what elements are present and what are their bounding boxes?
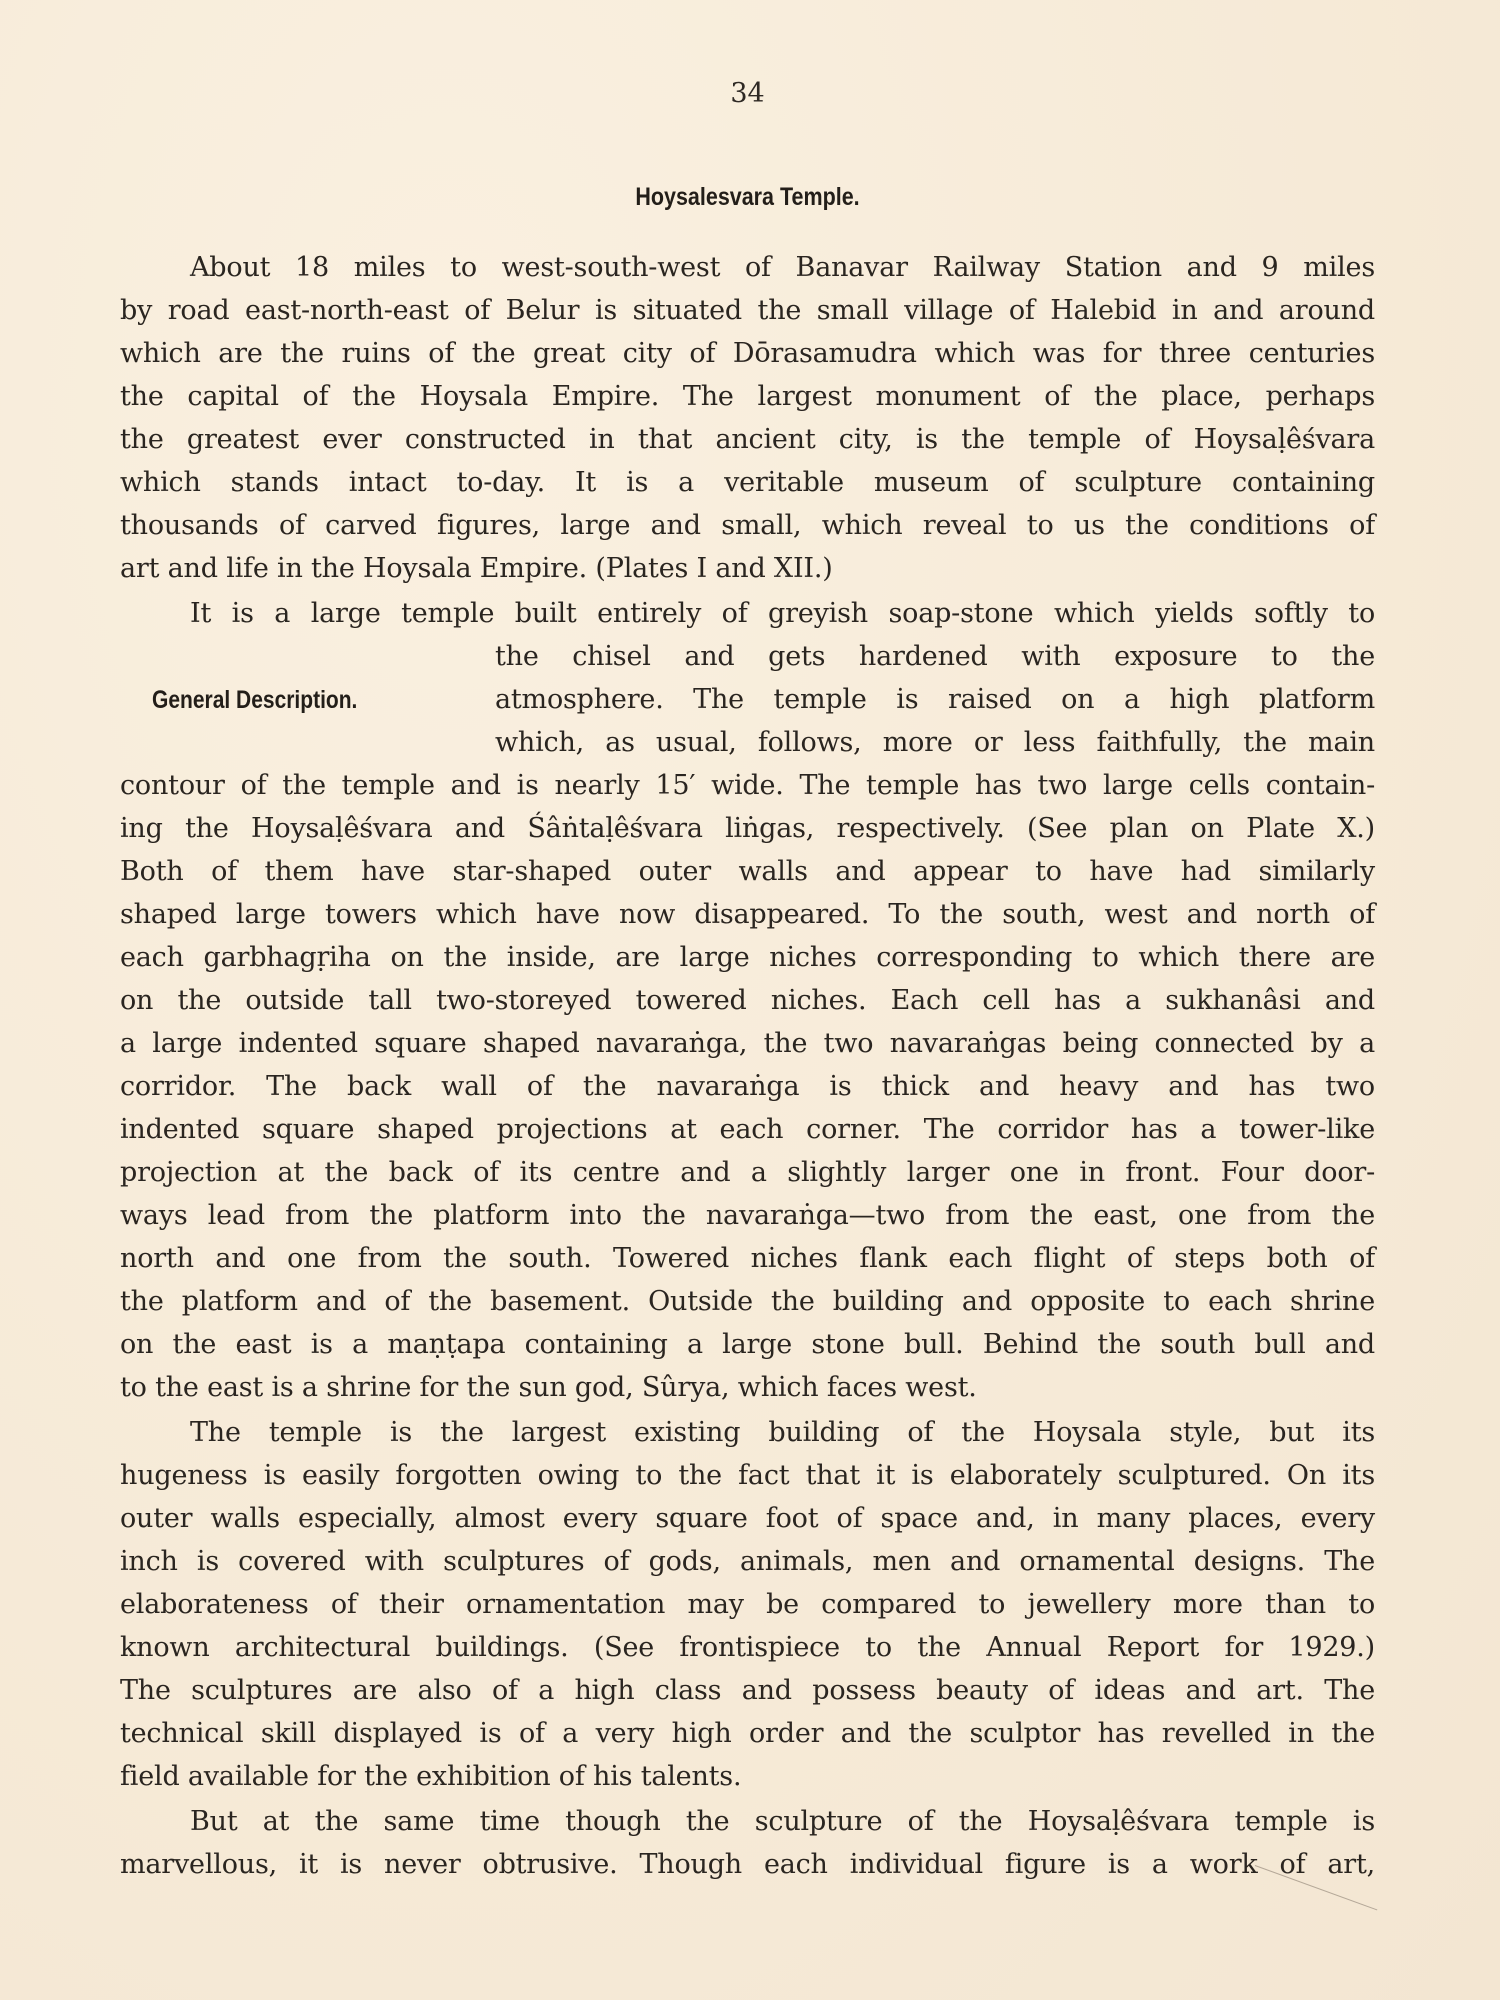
- text-line: ways lead from the platform into the nav…: [120, 1194, 1375, 1237]
- text-line: to the east is a shrine for the sun god,…: [120, 1366, 1375, 1409]
- text-line: ing the Hoysaḷêśvara and Śâṅtaḷêśvara li…: [120, 807, 1375, 850]
- text-line: Both of them have star-shaped outer wall…: [120, 850, 1375, 893]
- section-title: Hoysalesvara Temple.: [208, 183, 1287, 212]
- text-line: on the east is a maṇṭapa containing a la…: [120, 1323, 1375, 1366]
- text-line: hugeness is easily forgotten owing to th…: [120, 1454, 1375, 1497]
- text-line: About 18 miles to west-south-west of Ban…: [190, 246, 1375, 289]
- text-line: the greatest ever constructed in that an…: [120, 418, 1375, 461]
- text-line: elaborateness of their ornamentation may…: [120, 1583, 1375, 1626]
- text-line: outer walls especially, almost every squ…: [120, 1497, 1375, 1540]
- page-number: 34: [120, 78, 1375, 109]
- text-line: marvellous, it is never obtrusive. Thoug…: [120, 1843, 1375, 1886]
- text-line: by road east-north-east of Belur is situ…: [120, 289, 1375, 332]
- text-line: field available for the exhibition of hi…: [120, 1755, 1375, 1798]
- text-line: The temple is the largest existing build…: [190, 1411, 1375, 1454]
- text-line: which, as usual, follows, more or less f…: [495, 721, 1375, 764]
- text-line: each garbhagṛiha on the inside, are larg…: [120, 936, 1375, 979]
- text-line: corridor. The back wall of the navaraṅga…: [120, 1065, 1375, 1108]
- text-line: the chisel and gets hardened with exposu…: [495, 635, 1375, 678]
- text-line: inch is covered with sculptures of gods,…: [120, 1540, 1375, 1583]
- text-line: the capital of the Hoysala Empire. The l…: [120, 375, 1375, 418]
- text-line: a large indented square shaped navaraṅga…: [120, 1022, 1375, 1065]
- text-line: known architectural buildings. (See fron…: [120, 1626, 1375, 1669]
- text-line: contour of the temple and is nearly 15′ …: [120, 764, 1375, 807]
- text-line: north and one from the south. Towered ni…: [120, 1237, 1375, 1280]
- text-line: which stands intact to-day. It is a veri…: [120, 461, 1375, 504]
- text-line: which are the ruins of the great city of…: [120, 332, 1375, 375]
- text-line: the platform and of the basement. Outsid…: [120, 1280, 1375, 1323]
- text-line: It is a large temple built entirely of g…: [190, 592, 1375, 635]
- text-line: technical skill displayed is of a very h…: [120, 1712, 1375, 1755]
- text-line: art and life in the Hoysala Empire. (Pla…: [120, 547, 1375, 590]
- text-line: But at the same time though the sculptur…: [190, 1800, 1375, 1843]
- text-line: on the outside tall two-storeyed towered…: [120, 979, 1375, 1022]
- side-heading: General Description.: [152, 679, 357, 722]
- text-line: shaped large towers which have now disap…: [120, 893, 1375, 936]
- text-line: projection at the back of its centre and…: [120, 1151, 1375, 1194]
- text-line: The sculptures are also of a high class …: [120, 1669, 1375, 1712]
- text-line: indented square shaped projections at ea…: [120, 1108, 1375, 1151]
- text-line: atmosphere. The temple is raised on a hi…: [495, 678, 1375, 721]
- text-line: thousands of carved figures, large and s…: [120, 504, 1375, 547]
